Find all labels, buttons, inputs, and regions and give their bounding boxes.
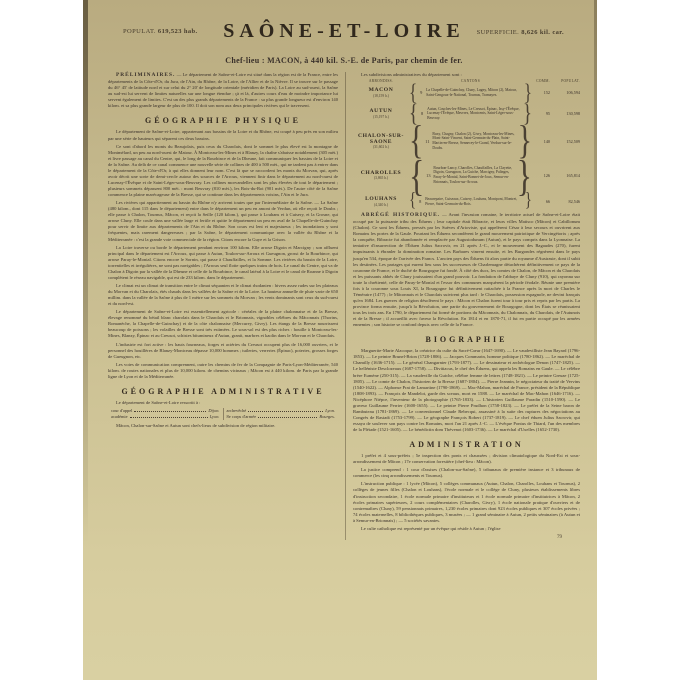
arrondissement-pop: (31,602 h.)	[353, 145, 409, 149]
geo-admin-label: cour d'appel	[111, 408, 132, 413]
geo-physique-paragraph: L'industrie est fort active : les hauts …	[108, 342, 338, 360]
canton-list: Bourbon-Lancy, Charolles, Chauffailles, …	[432, 166, 516, 185]
superficie-value: 8,626 kil. car.	[521, 29, 564, 36]
canton-list: Autun, Couches-les-Mines, Le Creusot, Ép…	[426, 107, 523, 121]
population-count: 152,509	[550, 139, 580, 144]
canton-list: Beaurepaire, Cuiseaux, Cuisery, Louhans,…	[424, 197, 525, 206]
geo-physique-paragraph: Le climat est un climat de transition en…	[108, 283, 338, 307]
geo-admin-value: Bourges.	[319, 414, 335, 419]
historique-text: — Avant l'invasion romaine, le territoir…	[353, 212, 580, 327]
geo-admin-entry: cour d'appel Dijon.	[111, 408, 220, 413]
geo-physique-paragraph: Les rivières qui appartiennent au bassin…	[108, 200, 338, 242]
dotted-leader	[248, 408, 323, 412]
arrondissement-cell: LOUHANS (4,340 h.)	[353, 196, 409, 206]
canton-list: La Chapelle-de-Guinchay, Cluny, Lugny, M…	[425, 88, 524, 97]
arrondissement-cell: CHAROLLES (3,865 h.)	[353, 170, 409, 180]
subdivisions-table-header: ARRONDISS. CANTONS COMM. POPULAT.	[353, 79, 580, 83]
geo-physique-paragraph: Ce sont d'abord les monts du Beaujolais,…	[108, 144, 338, 199]
geo-admin-note: Mâcon, Chalon-sur-Saône et Autun sont ch…	[108, 423, 338, 429]
table-row: LOUHANS (4,340 h.) { 8 Beaurepaire, Cuis…	[353, 194, 580, 209]
administration-heading: ADMINISTRATION	[353, 440, 580, 449]
table-row: AUTUN (15,197 h.) { 8 Autun, Couches-les…	[353, 104, 580, 123]
geo-physique-paragraph: Le département de Saône-et-Loire est ess…	[108, 309, 338, 339]
administration-paragraph: La justice comprend : 1 cour d'assises (…	[353, 467, 580, 479]
canton-count: 9	[417, 90, 425, 95]
administration-paragraph: L'instruction publique : 1 lycée (Mâcon)…	[353, 481, 580, 523]
communes-count: 140	[532, 139, 550, 144]
table-row: CHALON-SUR-SAONE (31,602 h.) { 11 Buxy, …	[353, 126, 580, 156]
geo-admin-value: Dijon.	[208, 408, 219, 413]
geo-admin-entry: 8e corps d'armée Bourges.	[227, 414, 336, 419]
geo-admin-col-2: archevêché Lyon. 8e corps d'armée Bourge…	[223, 408, 339, 420]
geo-admin-label: académie	[111, 414, 128, 419]
geo-physique-heading: GÉOGRAPHIE PHYSIQUE	[108, 116, 338, 125]
geo-admin-intro: Le département de Saône-et-Loire ressort…	[108, 400, 338, 406]
table-row: MACON (18,159 h.) { 9 La Chapelle-de-Gui…	[353, 84, 580, 101]
population-count: 130,598	[550, 111, 580, 116]
preliminaires-paragraph: PRÉLIMINAIRES. — Le département de Saône…	[108, 72, 338, 109]
administration-paragraph: 1 préfet et 4 sous-préfets ; 5e inspecti…	[353, 453, 580, 465]
geo-physique-paragraph: La Loire traverse ou borde le départemen…	[108, 245, 338, 281]
population-count: 82,546	[550, 199, 580, 204]
geo-physique-paragraph: Les voies de communication comprennent, …	[108, 362, 338, 380]
biographie-paragraph: Marguerite-Marie Alacoque, la créatrice …	[353, 348, 580, 433]
geo-admin-value: Lyon.	[210, 414, 220, 419]
biographie-heading: BIOGRAPHIE	[353, 335, 580, 344]
geo-physique-paragraph: Le département de Saône-et-Loire, appart…	[108, 129, 338, 141]
atlas-page: POPULAT. 619,523 hab. SAÔNE-ET-LOIRE SUP…	[83, 0, 597, 680]
right-column: Les subdivisions administratives du dépa…	[346, 72, 580, 540]
canton-count: 8	[418, 111, 426, 116]
chef-lieu-line: Chef-lieu : MACON, à 440 kil. S.-E. de P…	[108, 56, 580, 65]
historique-paragraph: ABRÉGÉ HISTORIQUE. — Avant l'invasion ro…	[353, 212, 580, 328]
dotted-leader	[130, 414, 208, 418]
geo-admin-heading: GÉOGRAPHIE ADMINISTRATIVE	[108, 387, 338, 396]
communes-count: 152	[532, 90, 550, 95]
canton-count: 8	[416, 199, 424, 204]
canton-count: 13	[424, 173, 432, 178]
communes-count: 126	[532, 173, 550, 178]
superficie-stat: SUPERFICIE. 8,626 kil. car.	[477, 29, 564, 36]
open-brace: {	[409, 191, 416, 211]
geo-admin-table: cour d'appel Dijon. académie Lyon. arche	[108, 408, 338, 420]
historique-heading: ABRÉGÉ HISTORIQUE.	[361, 212, 440, 218]
table-row: CHAROLLES (3,865 h.) { 13 Bourbon-Lancy,…	[353, 159, 580, 191]
superficie-label: SUPERFICIE.	[477, 29, 520, 36]
communes-count: 66	[532, 199, 550, 204]
dotted-leader	[258, 414, 317, 418]
col-header-populat: POPULAT.	[550, 79, 580, 83]
arrondissement-cell: AUTUN (15,197 h.)	[353, 108, 409, 118]
arrondissement-cell: MACON (18,159 h.)	[353, 87, 409, 97]
geo-admin-entry: archevêché Lyon.	[227, 408, 336, 413]
canton-count: 11	[423, 139, 431, 144]
arrondissement-pop: (4,340 h.)	[353, 203, 409, 207]
geo-admin-col-1: cour d'appel Dijon. académie Lyon.	[108, 408, 223, 420]
arrondissement-pop: (3,865 h.)	[353, 176, 409, 180]
col-header-comm: COMM.	[532, 79, 550, 83]
arrondissement-name: CHALON-SUR-SAONE	[353, 133, 409, 145]
close-brace: }	[525, 191, 532, 211]
canton-list: Buxy, Chagny, Chalon (2), Givry, Montcea…	[431, 132, 517, 151]
arrondissement-cell: CHALON-SUR-SAONE (31,602 h.)	[353, 133, 409, 149]
page-number: 79	[353, 535, 580, 540]
col-header-cantons: CANTONS	[409, 79, 532, 83]
col-header-arrondiss: ARRONDISS.	[353, 79, 409, 83]
preliminaires-heading: PRÉLIMINAIRES.	[116, 72, 175, 78]
arrondissement-pop: (15,197 h.)	[353, 115, 409, 119]
left-column: PRÉLIMINAIRES. — Le département de Saône…	[108, 72, 346, 540]
geo-admin-entry: académie Lyon.	[111, 414, 220, 419]
dotted-leader	[134, 408, 206, 412]
subdivisions-intro: Les subdivisions administratives du dépa…	[353, 72, 580, 77]
page-header: POPULAT. 619,523 hab. SAÔNE-ET-LOIRE SUP…	[108, 20, 580, 50]
administration-paragraph: Le culte catholique est représenté par u…	[353, 526, 580, 532]
population-count: 106,594	[550, 90, 580, 95]
population-count: 165,814	[550, 173, 580, 178]
geo-admin-label: archevêché	[227, 408, 247, 413]
communes-count: 95	[532, 111, 550, 116]
geo-admin-value: Lyon.	[325, 408, 335, 413]
arrondissement-pop: (18,159 h.)	[353, 94, 409, 98]
geo-admin-label: 8e corps d'armée	[227, 414, 257, 419]
